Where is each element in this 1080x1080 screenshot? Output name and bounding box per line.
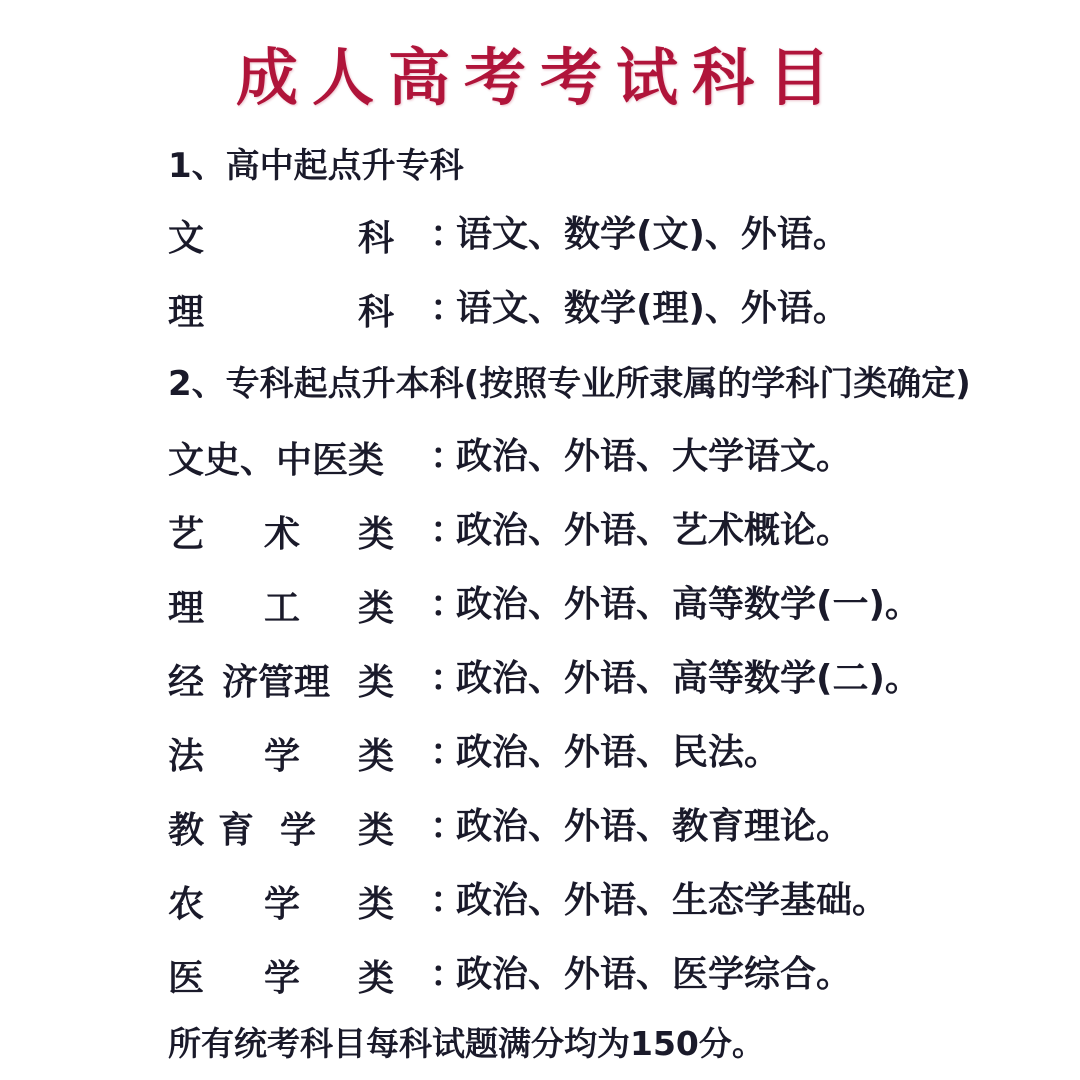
subjects: 政治、外语、生态学基础。 <box>456 872 888 923</box>
section1-heading: 1、高中起点升专科 <box>168 138 464 187</box>
category-label: 经 济管理 类 <box>168 654 430 698</box>
category-label: 文史、中医类 <box>168 432 430 476</box>
row-wenshi: 文史、中医类 ： 政治、外语、大学语文。 <box>168 428 852 479</box>
subjects: 政治、外语、民法。 <box>456 724 780 775</box>
subjects: 政治、外语、教育理论。 <box>456 798 852 849</box>
row-yishu: 艺 术 类 ： 政治、外语、艺术概论。 <box>168 502 852 553</box>
row-jingji: 经 济管理 类 ： 政治、外语、高等数学(二)。 <box>168 650 921 701</box>
footer-note: 所有统考科目每科试题满分均为150分。 <box>168 1018 765 1065</box>
subjects: 语文、数学(理)、外语。 <box>456 280 849 331</box>
row-yixue: 医 学 类 ： 政治、外语、医学综合。 <box>168 946 852 997</box>
category-label: 理 科 <box>168 284 430 328</box>
category-label: 医 学 类 <box>168 950 430 994</box>
subjects: 政治、外语、大学语文。 <box>456 428 852 479</box>
row-faxue: 法 学 类 ： 政治、外语、民法。 <box>168 724 780 775</box>
subjects: 政治、外语、医学综合。 <box>456 946 852 997</box>
category-label: 文 科 <box>168 210 430 254</box>
category-label: 艺 术 类 <box>168 506 430 550</box>
subjects: 政治、外语、高等数学(二)。 <box>456 650 921 701</box>
subjects: 政治、外语、高等数学(一)。 <box>456 576 921 627</box>
section2-heading: 2、专科起点升本科(按照专业所隶属的学科门类确定) <box>168 356 971 405</box>
row-jiaoyu: 教 育 学 类 ： 政治、外语、教育理论。 <box>168 798 852 849</box>
subjects: 政治、外语、艺术概论。 <box>456 502 852 553</box>
subjects: 语文、数学(文)、外语。 <box>456 206 849 257</box>
category-label: 教 育 学 类 <box>168 802 430 846</box>
category-label: 农 学 类 <box>168 876 430 920</box>
row-ligong: 理 工 类 ： 政治、外语、高等数学(一)。 <box>168 576 921 627</box>
page-title: 成人高考考试科目 <box>0 28 1080 117</box>
category-label: 法 学 类 <box>168 728 430 772</box>
row-like: 理 科 ： 语文、数学(理)、外语。 <box>168 280 849 331</box>
row-wenke: 文 科 ： 语文、数学(文)、外语。 <box>168 206 849 257</box>
row-nongxue: 农 学 类 ： 政治、外语、生态学基础。 <box>168 872 888 923</box>
category-label: 理 工 类 <box>168 580 430 624</box>
